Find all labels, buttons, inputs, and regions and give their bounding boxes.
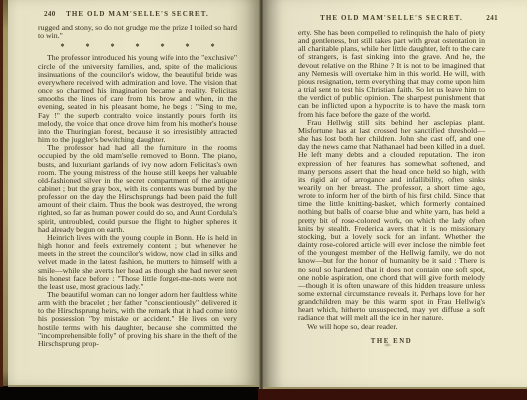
left-running-title: THE OLD MAM'SELLE'S SECRET. xyxy=(66,10,209,18)
closing-line: We will hope so, dear reader. xyxy=(298,323,485,331)
left-page-number: 240 xyxy=(44,10,56,18)
book-spread: 240 THE OLD MAM'SELLE'S SECRET. rugged a… xyxy=(0,0,527,400)
right-page-header: THE OLD MAM'SELLE'S SECRET. 241 xyxy=(298,14,485,22)
right-page-number: 241 xyxy=(486,14,498,22)
left-page-text-column: rugged and stony, so do not grudge me th… xyxy=(38,24,237,348)
paragraph: Frau Hellwig still sits behind her ascle… xyxy=(298,119,485,323)
right-running-title: THE OLD MAM'SELLE'S SECRET. xyxy=(320,14,463,22)
section-break-ornament: * * * * * * * xyxy=(38,43,237,51)
book-cover-bottom-left xyxy=(0,387,260,400)
right-page-text-column: erty. She has been compelled to relinqui… xyxy=(298,29,485,346)
right-page: THE OLD MAM'SELLE'S SECRET. 241 erty. Sh… xyxy=(263,0,527,389)
left-page-header: 240 THE OLD MAM'SELLE'S SECRET. xyxy=(38,10,237,18)
paragraph: The beautiful woman can no longer adorn … xyxy=(38,291,237,348)
paragraph: Heinrich lives with the young couple in … xyxy=(38,234,237,291)
paragraph: The professor introduced his young wife … xyxy=(38,54,237,144)
paragraph: The professor had had all the furniture … xyxy=(38,144,237,234)
book-cover-bottom-right xyxy=(258,388,527,400)
page-smudge xyxy=(383,343,392,347)
paragraph-continuation: erty. She has been compelled to relinqui… xyxy=(298,29,485,119)
left-page: 240 THE OLD MAM'SELLE'S SECRET. rugged a… xyxy=(8,0,259,387)
paragraph-continuation: rugged and stony, so do not grudge me th… xyxy=(38,24,237,40)
